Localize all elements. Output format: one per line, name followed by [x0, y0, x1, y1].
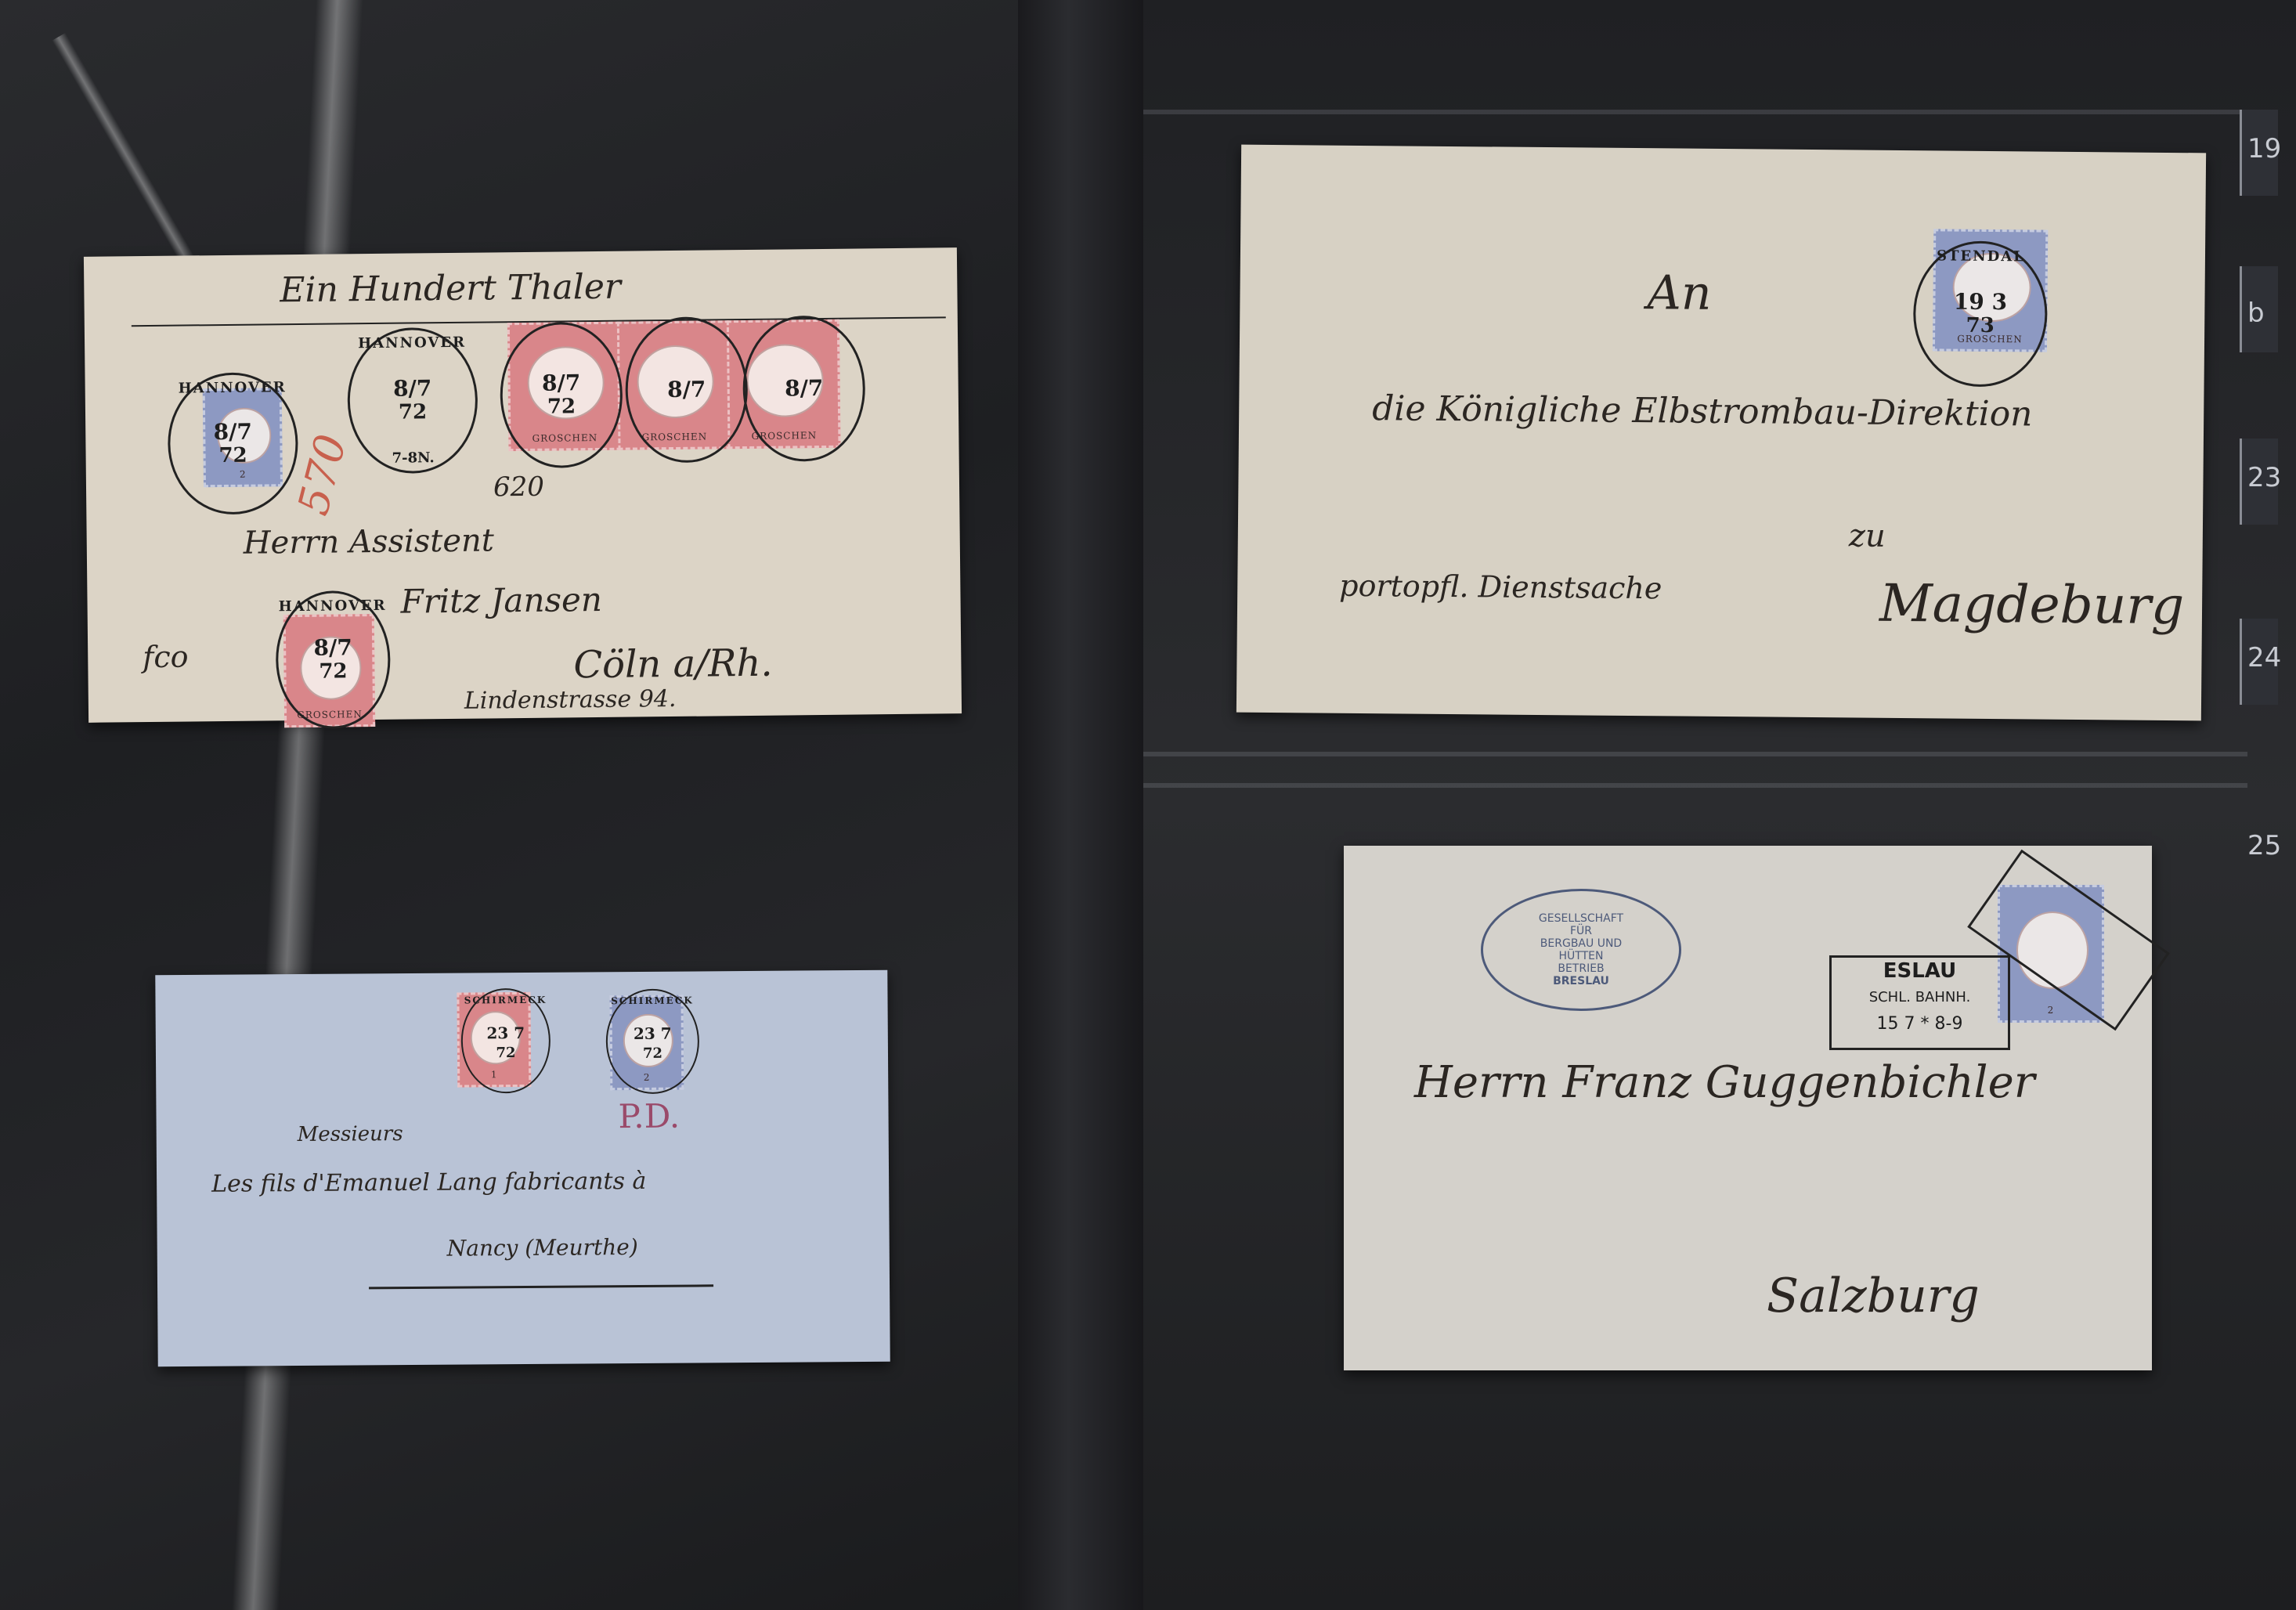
postmark-hannover: 8/7	[742, 315, 866, 462]
album-left-page	[0, 0, 1018, 1610]
address-line: Salzburg	[1767, 1269, 1980, 1323]
cover-hannover: Ein Hundert Thaler 2 HANNOVER 8/7 72 HAN…	[84, 247, 962, 723]
postmark-hannover: HANNOVER 8/7 72	[167, 372, 298, 515]
box-cancel-breslau: ESLAU SCHL. BAHNH. 15 7 * 8-9	[1829, 955, 2010, 1050]
address-line: An	[1647, 265, 1712, 321]
postmark-hannover: 8/7	[625, 316, 749, 464]
postmark-hannover: HANNOVER 8/7 72	[275, 590, 391, 730]
strip-number: 24	[2247, 642, 2281, 673]
side-note: portopfl. Dienstsache	[1339, 569, 1662, 606]
address-line: zu	[1849, 518, 1886, 554]
pocket-strip	[1143, 783, 2247, 788]
note-fco: fco	[143, 639, 189, 674]
address-line: Cöln a/Rh.	[573, 641, 773, 688]
company-stamp: GESELLSCHAFT FÜR BERGBAU UND HÜTTEN BETR…	[1481, 889, 1681, 1011]
address-line: Herrn Assistent	[244, 522, 495, 561]
album-spine	[1018, 0, 1143, 1610]
cover-breslau: GESELLSCHAFT FÜR BERGBAU UND HÜTTEN BETR…	[1344, 846, 2152, 1370]
red-note: 570	[288, 429, 356, 520]
address-line: Fritz Jansen	[400, 580, 602, 621]
address-line: Lindenstrasse 94.	[464, 685, 677, 715]
cover-schirmeck: 1 2 SCHIRMECK 23 7 72 SCHIRMECK 23 7 72 …	[155, 970, 890, 1367]
postmark-stendal: STENDAL 19 3 73	[1913, 240, 2049, 387]
address-line: Herrn Franz Guggenbichler	[1414, 1057, 2034, 1108]
postmark-hannover: 8/772	[500, 322, 623, 469]
strip-number: 19	[2247, 133, 2281, 164]
postmark-schirmeck: SCHIRMECK 23 7 72	[605, 988, 699, 1094]
strip-number: 23	[2247, 462, 2281, 493]
address-line: Ein Hundert Thaler	[280, 267, 621, 311]
cover-stendal: GROSCHEN STENDAL 19 3 73 An die Königlic…	[1236, 145, 2206, 721]
address-line: die Königliche Elbstrombau-Direktion	[1372, 388, 2033, 434]
strip-number: b	[2247, 298, 2265, 329]
pocket-strip	[1143, 110, 2247, 114]
address-line: Les fils d'Emanuel Lang fabricants à	[211, 1168, 646, 1198]
pd-marking: P.D.	[618, 1097, 680, 1136]
address-line: Magdeburg	[1879, 573, 2185, 636]
address-line: Messieurs	[298, 1122, 403, 1146]
strip-number: 25	[2247, 830, 2281, 861]
pocket-strip	[1143, 752, 2247, 756]
note-620: 620	[493, 471, 544, 504]
address-line: Nancy (Meurthe)	[447, 1234, 638, 1262]
postmark-hannover: HANNOVER 8/7 72 7-8N.	[347, 327, 478, 475]
postmark-schirmeck: SCHIRMECK 23 7 72	[460, 988, 551, 1094]
underline	[369, 1284, 713, 1289]
